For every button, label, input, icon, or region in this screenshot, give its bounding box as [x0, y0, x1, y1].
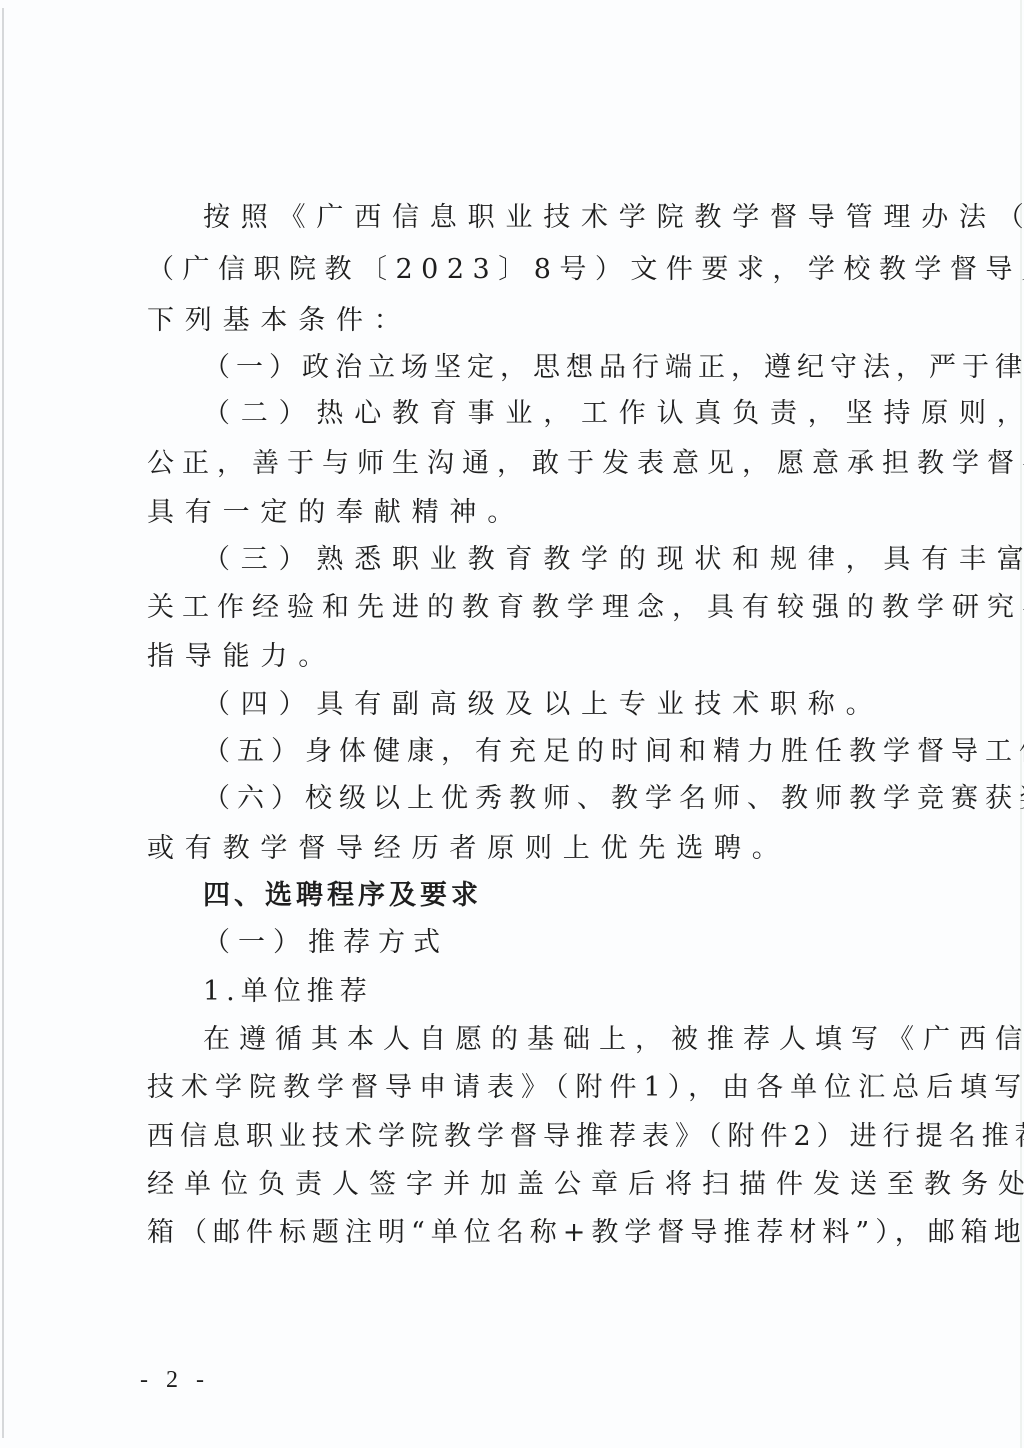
unit-recommendation-line-4: 经单位负责人签字并加盖公章后将扫描件发送至教务处电子邮	[147, 1161, 917, 1209]
unit-recommendation-line-1: 在遵循其本人自愿的基础上，被推荐人填写《广西信息职业	[203, 1016, 973, 1064]
condition-3-line-3: 指导能力。	[147, 633, 917, 681]
condition-6-line-2: 或有教学督导经历者原则上优先选聘。	[147, 825, 917, 873]
subsection-heading: （一）推荐方式	[203, 919, 973, 967]
unit-recommendation-line-2: 技术学院教学督导申请表》（附件1），由各单位汇总后填写《广	[147, 1064, 917, 1112]
intro-line-2: （广信职院教〔2023〕8号）文件要求，学校教学督导员应具备	[147, 246, 917, 294]
condition-3-line-1: （三）熟悉职业教育教学的现状和规律，具有丰富的教学相	[203, 536, 973, 584]
section-heading: 四、选聘程序及要求	[203, 872, 973, 920]
unit-recommendation-line-3: 西信息职业技术学院教学督导推荐表》（附件2）进行提名推荐，	[147, 1113, 917, 1161]
condition-1-line-1: （一）政治立场坚定，思想品行端正，遵纪守法，严于律己。	[203, 344, 973, 392]
document-page: 按照《广西信息职业技术学院教学督导管理办法（试行）》 （广信职院教〔2023〕8…	[0, 0, 1024, 1448]
unit-recommendation-line-5: 箱（邮件标题注明“单位名称+教学督导推荐材料”），邮箱地址	[147, 1209, 917, 1257]
condition-2-line-1: （二）热心教育事业，工作认真负责，坚持原则，办事公平	[203, 390, 973, 438]
condition-5-line-1: （五）身体健康，有充足的时间和精力胜任教学督导工作。	[203, 728, 973, 776]
condition-3-line-2: 关工作经验和先进的教育教学理念，具有较强的教学研究与教学	[147, 584, 917, 632]
condition-4-line-1: （四）具有副高级及以上专业技术职称。	[203, 681, 973, 729]
condition-2-line-2: 公正，善于与师生沟通，敢于发表意见，愿意承担教学督导工作，	[147, 440, 917, 488]
condition-6-line-1: （六）校级以上优秀教师、教学名师、教师教学竞赛获奖者	[203, 775, 973, 823]
scan-edge-left	[2, 8, 4, 1438]
intro-line-3: 下列基本条件：	[147, 297, 917, 345]
intro-line-1: 按照《广西信息职业技术学院教学督导管理办法（试行）》	[203, 194, 973, 242]
item-heading: 1.单位推荐	[203, 968, 973, 1016]
condition-2-line-3: 具有一定的奉献精神。	[147, 489, 917, 537]
page-number: - 2 -	[140, 1362, 210, 1398]
